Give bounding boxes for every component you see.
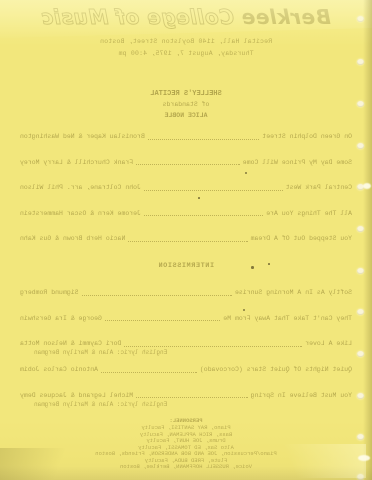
dotted-leader: [101, 370, 197, 373]
song-title: All The Things You Are: [266, 210, 352, 218]
composer-credit: John Coltrane, arr. Phil Wilson: [20, 184, 141, 192]
dotted-leader: [136, 395, 247, 398]
composer-credit: Frank Churchill & Larry Morey: [20, 159, 133, 167]
song-title: Some Day My Prince Will Come: [243, 159, 352, 167]
recital-title-block: SHELLEY'S RECITAL of Standards ALICE NOB…: [0, 89, 372, 121]
composer-credit: Dori Caymmi & Nelson Motta: [20, 340, 121, 348]
composer-credit: George & Ira Gershwin: [20, 315, 102, 323]
composer-credit: Bronislau Kaper & Ned Washington: [20, 133, 145, 141]
program-row: Like A Lover Dori Caymmi & Nelson Motta …: [20, 340, 352, 357]
dotted-leader: [124, 344, 302, 347]
date-line: Thursday, August 7, 1975, 4:00 pm: [0, 48, 372, 60]
program-row: Some Day My Prince Will Come Frank Churc…: [20, 159, 352, 167]
venue-line: Recital Hall, 1140 Boylston Street, Bost…: [0, 36, 372, 48]
dotted-leader: [105, 318, 220, 321]
composer-credit: Antonio Carlos Jobim: [20, 366, 98, 374]
lyricist-credit: English lyric: Alan & Marilyn Bergman: [20, 401, 352, 409]
lyricist-credit: English lyric: Alan & Marilyn Bergman: [20, 349, 352, 357]
logo-college-of-music: College of Music: [41, 5, 241, 29]
song-title: You Must Believe In Spring: [251, 392, 352, 400]
recital-performer: ALICE NOBLE: [0, 110, 372, 121]
dotted-leader: [144, 188, 283, 191]
scanned-program-page: Berklee College of Music Recital Hall, 1…: [0, 0, 372, 480]
composer-credit: Michel Legrand & Jacques Demy: [20, 392, 133, 400]
program-row: Central Park West John Coltrane, arr. Ph…: [20, 184, 352, 192]
page-back-side: Berklee College of Music Recital Hall, 1…: [0, 0, 372, 480]
song-title: Softly As In A Morning Sunrise: [235, 289, 352, 297]
song-title: Like A Lover: [305, 340, 352, 348]
program-row: Quiet Nights Of Quiet Stars (Corcovado) …: [20, 366, 352, 374]
program-part1: On Green Dolphin Street Bronislau Kaper …: [0, 133, 372, 243]
song-title: They Can't Take That Away From Me: [223, 315, 352, 323]
personnel-block: PERSONNEL: Piano, RAY SANTISI, FacultyBa…: [0, 418, 372, 471]
composer-credit: Jerome Kern & Oscar Hammerstein: [20, 210, 141, 218]
program-row: On Green Dolphin Street Bronislau Kaper …: [20, 133, 352, 141]
personnel-line: Voice, RUSSELL HOFFMANN, Berklee, Boston: [0, 464, 372, 471]
song-title: Quiet Nights Of Quiet Stars (Corcovado): [200, 366, 352, 374]
program-row: Softly As In A Morning Sunrise Sigmund R…: [20, 289, 352, 297]
song-title: You Stepped Out Of A Dream: [251, 235, 352, 243]
personnel-lines: Piano, RAY SANTISI, FacultyBass, RICH AP…: [0, 425, 372, 471]
intermission-label: INTERMISSION: [0, 262, 372, 270]
dotted-leader: [148, 137, 259, 140]
dotted-leader: [144, 213, 263, 216]
recital-title: SHELLEY'S RECITAL: [0, 89, 372, 99]
dotted-leader: [136, 162, 240, 165]
program-row: All The Things You Are Jerome Kern & Osc…: [20, 210, 352, 218]
program-row: You Stepped Out Of A Dream Nacio Herb Br…: [20, 235, 352, 243]
program-row: They Can't Take That Away From Me George…: [20, 315, 352, 323]
song-title: Central Park West: [286, 184, 352, 192]
logo-word-berklee: Berklee: [241, 5, 330, 29]
dotted-leader: [82, 293, 232, 296]
dotted-leader: [128, 239, 247, 242]
recital-subtitle: of Standards: [0, 99, 372, 110]
berklee-logo: Berklee College of Music: [0, 5, 372, 29]
program-row: You Must Believe In Spring Michel Legran…: [20, 392, 352, 409]
composer-credit: Sigmund Romberg: [20, 289, 79, 297]
song-title: On Green Dolphin Street: [262, 133, 352, 141]
program-part2: Softly As In A Morning Sunrise Sigmund R…: [0, 289, 372, 409]
composer-credit: Nacio Herb Brown & Gus Kahn: [20, 235, 125, 243]
bleed-through-ink: Berklee College of Music Recital Hall, 1…: [0, 0, 372, 480]
